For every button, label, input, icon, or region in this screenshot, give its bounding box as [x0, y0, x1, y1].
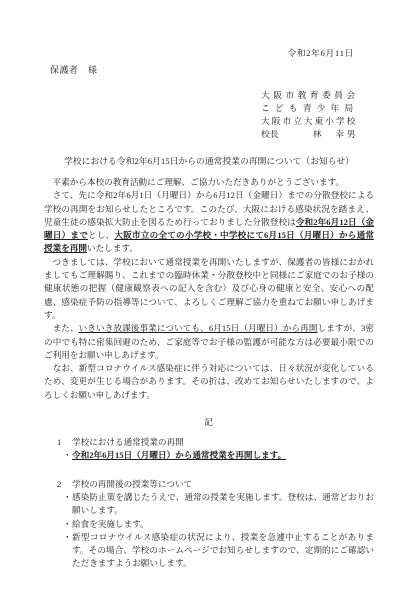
sender-block: 大阪市教育委員会 こども青少年局 大阪市立大東小学校 校長 林 幸男 — [261, 89, 358, 141]
section: 1学校における通常授業の再開・令和2年6月15日（月曜日）から通常授業を再開しま… — [44, 436, 374, 463]
bullet-item: ・新型コロナウイルス感染症の状況により、授業を急遽中止することがあります。その場… — [63, 531, 374, 571]
text-run: 新型コロナウイルス感染症の状況により、授業を急遽中止することがあります。その場合… — [72, 532, 374, 569]
section-number: 2 — [57, 478, 72, 491]
text-run: 平素から本校の教育活動にご理解、ご協力いただきありがとうございます。 — [53, 177, 345, 187]
bullet-item: ・感染防止策を講じたうえで、通常の授業を実施します。登校は、通常どおりお願いしま… — [63, 491, 374, 518]
principal-title: 校長 — [261, 128, 279, 141]
text-run: とし、 — [88, 230, 114, 240]
section-title: 学校の再開後の授業等について — [72, 478, 192, 491]
sender-org: 大阪市教育委員会 — [261, 89, 358, 102]
paragraph: さて、先に令和2年6月1日（月曜日）から6月12日（金曜日）までの分散登校による… — [44, 189, 374, 255]
document-title: 学校における令和2年6月15日からの通常授業の再開について（お知らせ） — [44, 155, 374, 168]
paragraph: つきましては、学校において通常授業を再開いたしますが、保護者の皆様におかれまして… — [44, 256, 374, 322]
text-run: 給食を実施します。 — [72, 519, 149, 529]
sender-bureau: こども青少年局 — [261, 102, 358, 115]
bullet-marker: ・ — [63, 449, 72, 462]
section-number: 1 — [57, 436, 72, 449]
recipient-line: 保護者 様 — [44, 64, 374, 77]
text-run: いたします。 — [87, 243, 138, 253]
bullet-text: 令和2年6月15日（月曜日）から通常授業を再開します。 — [72, 449, 374, 462]
notice-marker: 記 — [44, 416, 374, 429]
paragraph: 平素から本校の教育活動にご理解、ご協力いただきありがとうございます。 — [44, 176, 374, 189]
section: 2学校の再開後の授業等について・感染防止策を講じたうえで、通常の授業を実施します… — [44, 478, 374, 571]
document-date: 令和2年6月11日 — [44, 47, 374, 60]
bullet-marker: ・ — [63, 531, 72, 571]
text-run: いきいき放課後事業についても、6月15日（月曜日）から再開 — [79, 323, 318, 333]
text-run: つきましては、学校において通常授業を再開いたしますが、保護者の皆様におかれまして… — [44, 257, 374, 320]
text-run: また、 — [53, 323, 79, 333]
principal-name: 林 幸男 — [313, 128, 358, 141]
paragraph: なお、新型コロナウイルス感染症に伴う対応については、日々状況が変化しているため、… — [44, 362, 374, 402]
section-heading: 2学校の再開後の授業等について — [44, 478, 374, 491]
bullet-item: ・給食を実施します。 — [63, 518, 374, 531]
bullet-marker: ・ — [63, 491, 72, 518]
sender-principal: 校長 林 幸男 — [261, 128, 358, 141]
section-title: 学校における通常授業の再開 — [72, 436, 184, 449]
bullet-text: 新型コロナウイルス感染症の状況により、授業を急遽中止することがあります。その場合… — [72, 531, 374, 571]
text-run: なお、新型コロナウイルス感染症に伴う対応については、日々状況が変化しているため、… — [44, 363, 374, 400]
text-run: 令和2年6月15日（月曜日）から通常授業を再開します。 — [72, 450, 286, 460]
section-heading: 1学校における通常授業の再開 — [44, 436, 374, 449]
sender-school: 大阪市立大東小学校 — [261, 115, 358, 128]
bullet-text: 給食を実施します。 — [72, 518, 374, 531]
bullet-text: 感染防止策を講じたうえで、通常の授業を実施します。登校は、通常どおりお願いします… — [72, 491, 374, 518]
body-paragraphs: 平素から本校の教育活動にご理解、ご協力いただきありがとうございます。さて、先に令… — [44, 176, 374, 402]
text-run: 感染防止策を講じたうえで、通常の授業を実施します。登校は、通常どおりお願いします… — [72, 492, 374, 515]
bullet-marker: ・ — [63, 518, 72, 531]
paragraph: また、いきいき放課後事業についても、6月15日（月曜日）から再開しますが、3密の… — [44, 322, 374, 362]
bullet-item: ・令和2年6月15日（月曜日）から通常授業を再開します。 — [63, 449, 374, 462]
sections: 1学校における通常授業の再開・令和2年6月15日（月曜日）から通常授業を再開しま… — [44, 436, 374, 571]
document-page: 令和2年6月11日 保護者 様 大阪市教育委員会 こども青少年局 大阪市立大東小… — [0, 0, 420, 594]
